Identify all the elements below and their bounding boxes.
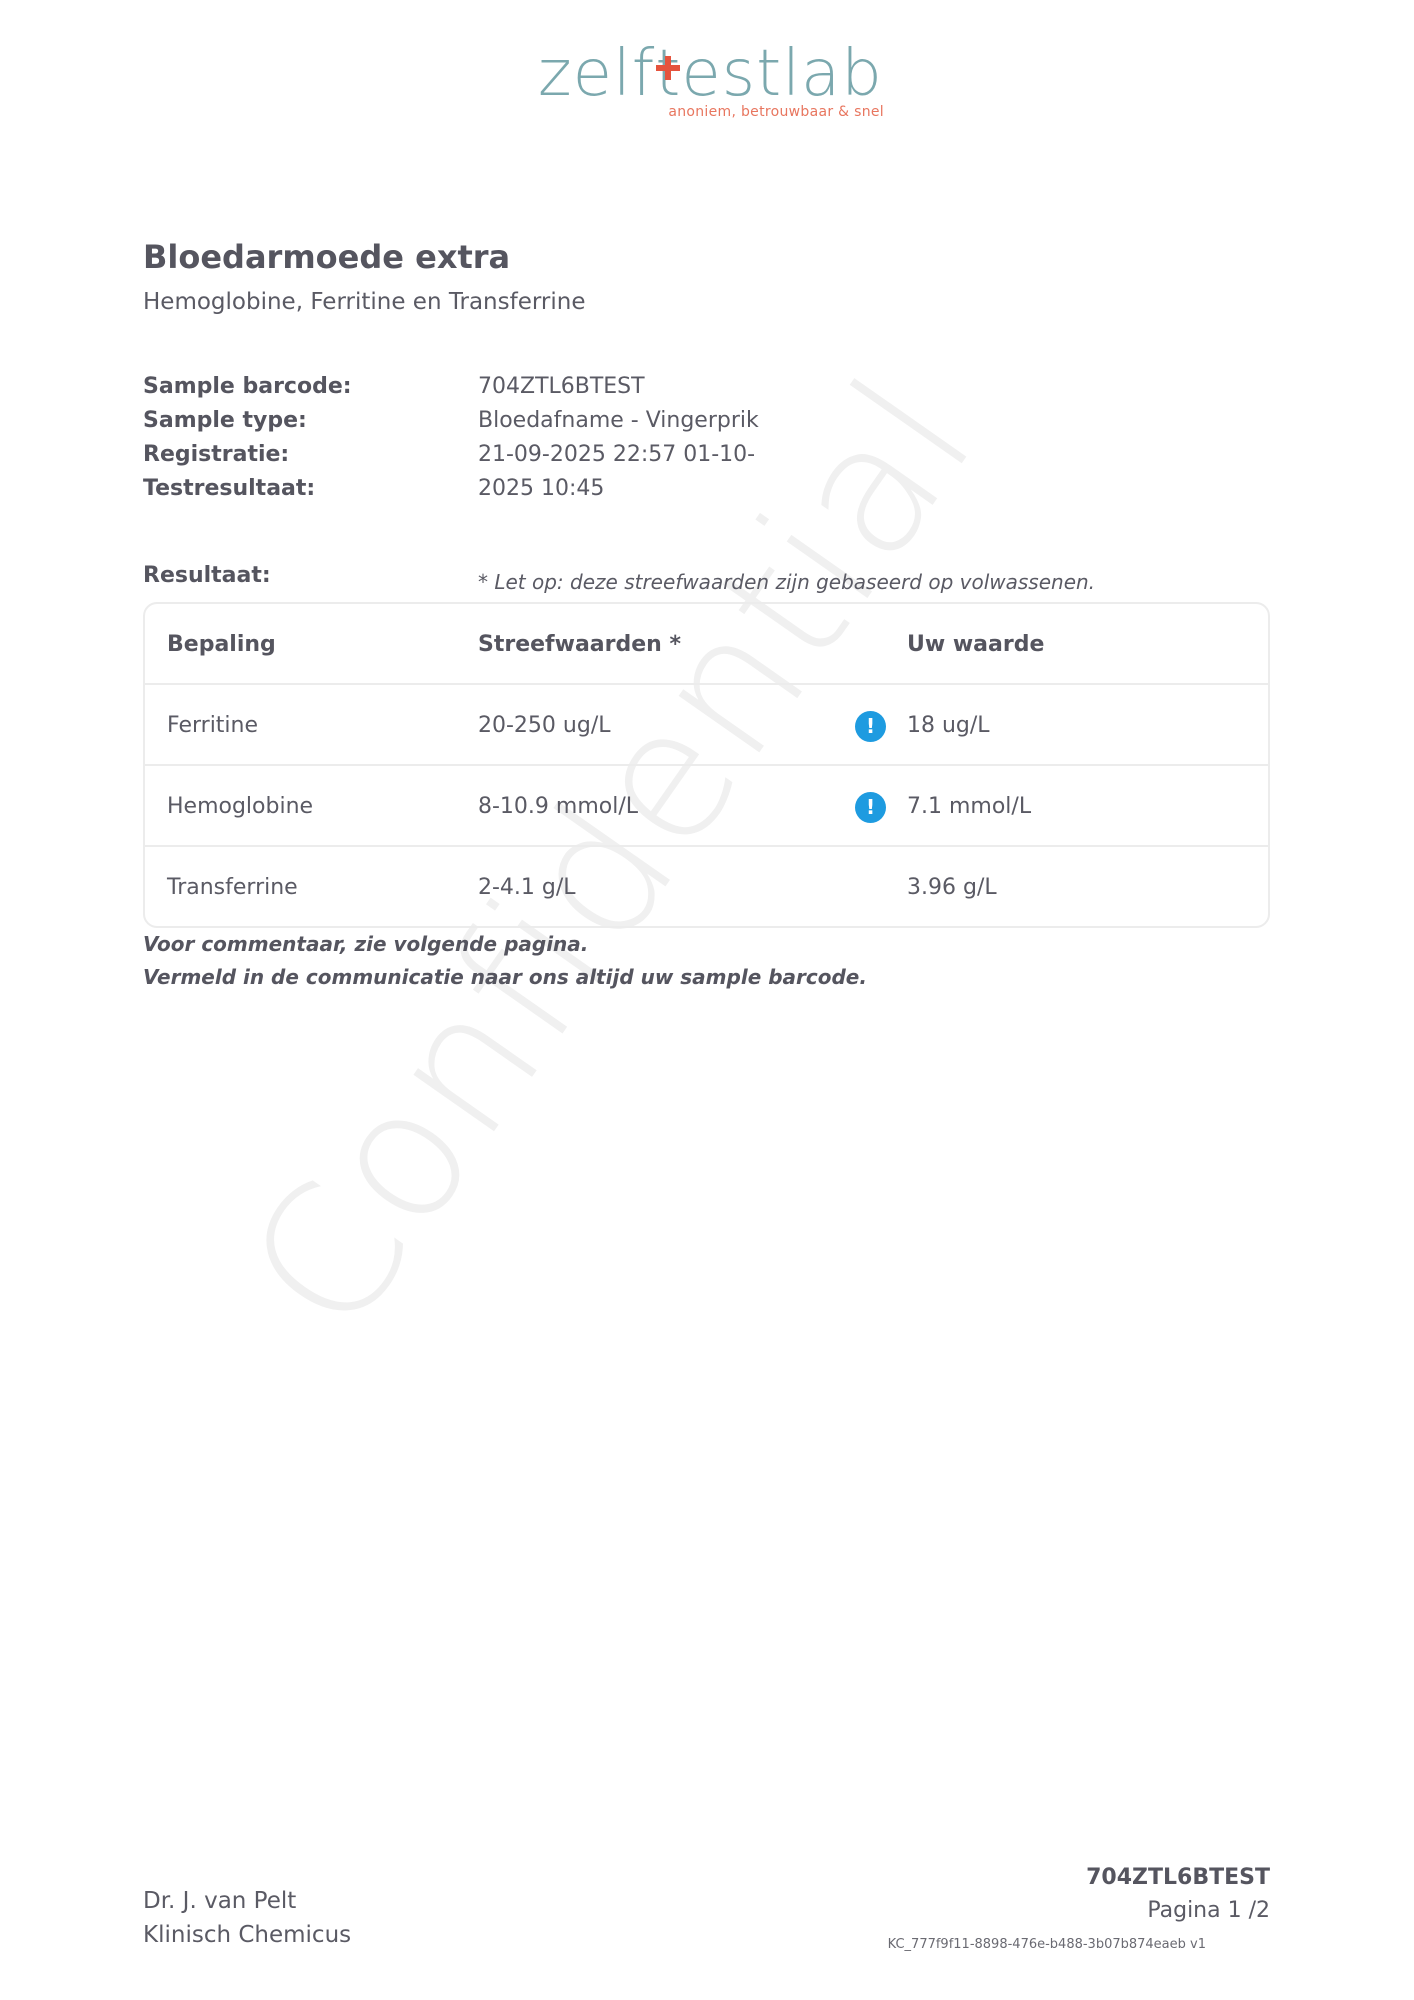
column-header-value: Uw waarde: [907, 604, 1044, 685]
test-name: Transferrine: [167, 847, 298, 928]
zelftestlab-logo: zelftestlab anoniem, betrouwbaar & snel: [538, 34, 898, 134]
medical-cross-icon: [656, 56, 680, 80]
report-title: Bloedarmoede extra: [143, 238, 510, 276]
reference-note: * Let op: deze streefwaarden zijn gebase…: [478, 570, 1095, 594]
column-header-test: Bepaling: [167, 604, 276, 685]
signer-role: Klinisch Chemicus: [143, 1922, 351, 1948]
result-value: 18 ug/L: [907, 685, 990, 766]
page-number: Pagina 1 /2: [1147, 1898, 1270, 1923]
result-value: 7.1 mmol/L: [907, 766, 1031, 847]
report-subtitle: Hemoglobine, Ferritine en Transferrine: [143, 289, 585, 315]
test-result-value: 2025 10:45: [478, 476, 604, 501]
logo-wordmark: zelftestlab: [538, 34, 883, 114]
logo-text-part: estlab: [681, 37, 882, 111]
table-row: Ferritine 20-250 ug/L ! 18 ug/L: [145, 683, 1268, 764]
reference-range: 8-10.9 mmol/L: [478, 766, 638, 847]
sample-type-label: Sample type:: [143, 408, 307, 433]
table-header-row: Bepaling Streefwaarden * Uw waarde: [145, 604, 1268, 685]
table-row: Transferrine 2-4.1 g/L 3.96 g/L: [145, 845, 1268, 926]
registration-value: 21-09-2025 22:57 01-10-: [478, 442, 755, 467]
test-name: Ferritine: [167, 685, 258, 766]
table-row: Hemoglobine 8-10.9 mmol/L ! 7.1 mmol/L: [145, 764, 1268, 845]
signer-name: Dr. J. van Pelt: [143, 1888, 296, 1914]
reference-range: 2-4.1 g/L: [478, 847, 576, 928]
test-name: Hemoglobine: [167, 766, 313, 847]
test-result-label: Testresultaat:: [143, 476, 315, 501]
footer-barcode: 704ZTL6BTEST: [1086, 1865, 1270, 1890]
comment-footnote: Voor commentaar, zie volgende pagina.: [143, 932, 588, 956]
sample-barcode-label: Sample barcode:: [143, 374, 352, 399]
logo-text-part: zelf: [538, 37, 655, 111]
document-id: KC_777f9f11-8898-476e-b488-3b07b874eaeb …: [888, 1937, 1206, 1952]
results-table: Bepaling Streefwaarden * Uw waarde Ferri…: [143, 602, 1270, 928]
alert-icon: !: [855, 711, 886, 742]
results-label: Resultaat:: [143, 563, 271, 588]
sample-type-value: Bloedafname - Vingerprik: [478, 408, 759, 433]
result-value: 3.96 g/L: [907, 847, 997, 928]
column-header-reference: Streefwaarden *: [478, 604, 681, 685]
logo-tagline: anoniem, betrouwbaar & snel: [668, 104, 884, 120]
reference-range: 20-250 ug/L: [478, 685, 611, 766]
barcode-footnote: Vermeld in de communicatie naar ons alti…: [143, 965, 867, 989]
registration-label: Registratie:: [143, 442, 289, 467]
alert-icon: !: [855, 792, 886, 823]
sample-barcode-value: 704ZTL6BTEST: [478, 374, 645, 399]
